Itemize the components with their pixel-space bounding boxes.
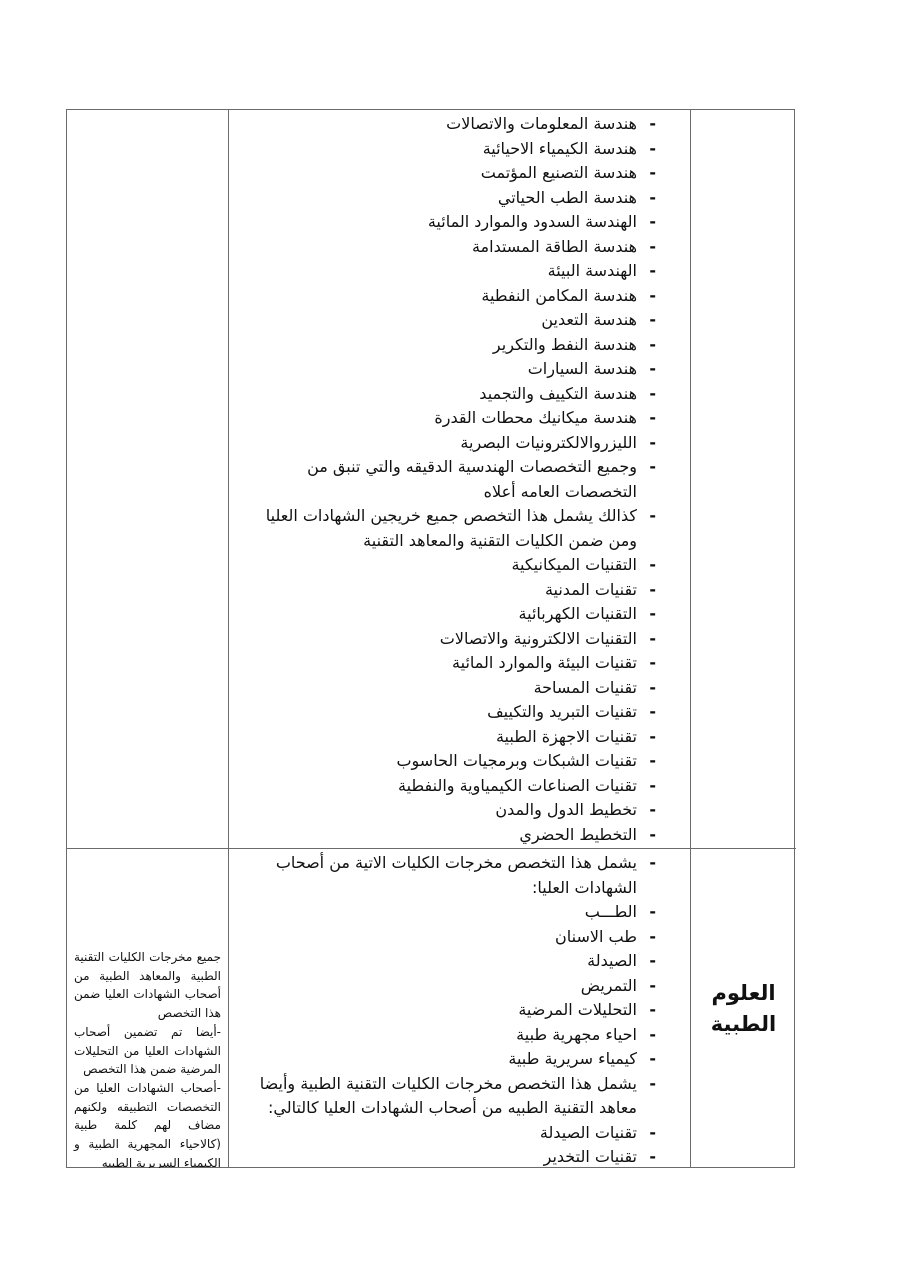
list-item-text: تقنيات المدنية (235, 578, 637, 603)
list-item: -الطـــب (229, 900, 690, 925)
dash-bullet-icon: - (649, 949, 656, 974)
dash-bullet-icon: - (649, 823, 656, 848)
dash-bullet-icon: - (649, 700, 656, 725)
list-item-text: الهندسة البيئة (235, 259, 637, 284)
list-item: -التحليلات المرضية (229, 998, 690, 1023)
list-item: -تقنيات الصناعات الكيمياوية والنفطية (229, 774, 690, 799)
list-item: -تقنيات التخدير (229, 1145, 690, 1168)
list-item-text: هندسة المكامن النفطية (235, 284, 637, 309)
list-item-text: هندسة ميكانيك محطات القدرة (235, 406, 637, 431)
list-item-text: يشمل هذا التخصص مخرجات الكليات الاتية من… (235, 851, 637, 900)
list-item: -الهندسة البيئة (229, 259, 690, 284)
list-item-text: الطـــب (235, 900, 637, 925)
list-item: -التقنيات الميكانيكية (229, 553, 690, 578)
dash-bullet-icon: - (649, 553, 656, 578)
list-item-text: التقنيات الميكانيكية (235, 553, 637, 578)
list-item-text: التخطيط الحضري (235, 823, 637, 848)
list-item-text: التحليلات المرضية (235, 998, 637, 1023)
dash-bullet-icon: - (649, 112, 656, 137)
list-item-text: يشمل هذا التخصص مخرجات الكليات التقنية ا… (235, 1072, 637, 1121)
notes-paragraph: -أيضا تم تضمين أصحاب الشهادات العليا من … (74, 1023, 221, 1079)
category-cell-engineering (691, 110, 796, 849)
category-label-medical-sciences: العلوم الطبية (691, 849, 796, 1168)
dash-bullet-icon: - (649, 998, 656, 1023)
notes-paragraph: جميع مخرجات الكليات التقنية الطبية والمع… (74, 948, 221, 1023)
list-item-text: التقنيات الالكترونية والاتصالات (235, 627, 637, 652)
list-item: -هندسة المعلومات والاتصالات (229, 112, 690, 137)
list-item: -تقنيات البيئة والموارد المائية (229, 651, 690, 676)
dash-bullet-icon: - (649, 235, 656, 260)
dash-bullet-icon: - (649, 284, 656, 309)
dash-bullet-icon: - (649, 974, 656, 999)
list-item-text: الليزروالالكترونيات البصرية (235, 431, 637, 456)
list-item: -هندسة المكامن النفطية (229, 284, 690, 309)
dash-bullet-icon: - (649, 1072, 656, 1097)
list-item-text: الصيدلة (235, 949, 637, 974)
dash-bullet-icon: - (649, 925, 656, 950)
dash-bullet-icon: - (649, 676, 656, 701)
dash-bullet-icon: - (649, 725, 656, 750)
dash-bullet-icon: - (649, 333, 656, 358)
list-item-text: تخطيط الدول والمدن (235, 798, 637, 823)
dash-bullet-icon: - (649, 602, 656, 627)
dash-bullet-icon: - (649, 406, 656, 431)
list-item-text: هندسة التصنيع المؤتمت (235, 161, 637, 186)
list-item: -تقنيات الاجهزة الطبية (229, 725, 690, 750)
list-item-text: تقنيات المساحة (235, 676, 637, 701)
notes-cell-engineering (67, 110, 229, 849)
list-item-text: كيمياء سريرية طبية (235, 1047, 637, 1072)
list-item-text: هندسة السيارات (235, 357, 637, 382)
list-item: -تقنيات الصيدلة (229, 1121, 690, 1146)
list-item: -وجميع التخصصات الهندسية الدقيقه والتي ت… (229, 455, 690, 504)
list-item-text: التمريض (235, 974, 637, 999)
dash-bullet-icon: - (649, 161, 656, 186)
list-item: -تقنيات التبريد والتكييف (229, 700, 690, 725)
list-item-text: هندسة الكيمياء الاحيائية (235, 137, 637, 162)
engineering-items-list: -هندسة المعلومات والاتصالات-هندسة الكيمي… (229, 110, 691, 849)
list-item-text: تقنيات الاجهزة الطبية (235, 725, 637, 750)
list-item-text: هندسة النفط والتكرير (235, 333, 637, 358)
dash-bullet-icon: - (649, 308, 656, 333)
list-item: -هندسة التعدين (229, 308, 690, 333)
list-item: -تقنيات المساحة (229, 676, 690, 701)
dash-bullet-icon: - (649, 627, 656, 652)
list-item-text: تقنيات التبريد والتكييف (235, 700, 637, 725)
list-item: -كذالك يشمل هذا التخصص جميع خريجين الشها… (229, 504, 690, 553)
list-item-text: احياء مجهرية طبية (235, 1023, 637, 1048)
specializations-table: -هندسة المعلومات والاتصالات-هندسة الكيمي… (66, 109, 795, 1168)
dash-bullet-icon: - (649, 1145, 656, 1168)
list-item-text: الهندسة السدود والموارد المائية (235, 210, 637, 235)
dash-bullet-icon: - (649, 1121, 656, 1146)
dash-bullet-icon: - (649, 357, 656, 382)
dash-bullet-icon: - (649, 186, 656, 211)
list-item-text: تقنيات التخدير (235, 1145, 637, 1168)
notes-paragraph: -أصحاب الشهادات العليا من التخصصات التطب… (74, 1079, 221, 1168)
notes-cell-medical: جميع مخرجات الكليات التقنية الطبية والمع… (67, 849, 229, 1168)
list-item-text: هندسة التعدين (235, 308, 637, 333)
dash-bullet-icon: - (649, 504, 656, 529)
list-item: -هندسة الطب الحياتي (229, 186, 690, 211)
list-item: -هندسة الطاقة المستدامة (229, 235, 690, 260)
list-item-text: هندسة المعلومات والاتصالات (235, 112, 637, 137)
dash-bullet-icon: - (649, 798, 656, 823)
list-item: -التقنيات الالكترونية والاتصالات (229, 627, 690, 652)
list-item-text: تقنيات الصناعات الكيمياوية والنفطية (235, 774, 637, 799)
list-item-text: وجميع التخصصات الهندسية الدقيقه والتي تن… (235, 455, 637, 504)
list-item: -التقنيات الكهربائية (229, 602, 690, 627)
list-item-text: التقنيات الكهربائية (235, 602, 637, 627)
dash-bullet-icon: - (649, 210, 656, 235)
dash-bullet-icon: - (649, 578, 656, 603)
dash-bullet-icon: - (649, 455, 656, 480)
list-item: -هندسة ميكانيك محطات القدرة (229, 406, 690, 431)
list-item-text: طب الاسنان (235, 925, 637, 950)
list-item-text: هندسة الطب الحياتي (235, 186, 637, 211)
document-page: -هندسة المعلومات والاتصالات-هندسة الكيمي… (0, 0, 905, 1280)
list-item-text: تقنيات الشبكات وبرمجيات الحاسوب (235, 749, 637, 774)
dash-bullet-icon: - (649, 900, 656, 925)
list-item: -هندسة الكيمياء الاحيائية (229, 137, 690, 162)
list-item-text: كذالك يشمل هذا التخصص جميع خريجين الشهاد… (235, 504, 637, 553)
list-item: -هندسة السيارات (229, 357, 690, 382)
list-item: -الصيدلة (229, 949, 690, 974)
dash-bullet-icon: - (649, 137, 656, 162)
list-item-text: تقنيات البيئة والموارد المائية (235, 651, 637, 676)
dash-bullet-icon: - (649, 774, 656, 799)
list-item-text: هندسة الطاقة المستدامة (235, 235, 637, 260)
list-item: -هندسة التصنيع المؤتمت (229, 161, 690, 186)
list-item: -التخطيط الحضري (229, 823, 690, 848)
list-item: -كيمياء سريرية طبية (229, 1047, 690, 1072)
dash-bullet-icon: - (649, 851, 656, 876)
list-item: -هندسة التكييف والتجميد (229, 382, 690, 407)
dash-bullet-icon: - (649, 749, 656, 774)
medical-items-list: -يشمل هذا التخصص مخرجات الكليات الاتية م… (229, 849, 691, 1168)
list-item: -طب الاسنان (229, 925, 690, 950)
list-item: -تقنيات الشبكات وبرمجيات الحاسوب (229, 749, 690, 774)
list-item: -يشمل هذا التخصص مخرجات الكليات الاتية م… (229, 851, 690, 900)
list-item: -احياء مجهرية طبية (229, 1023, 690, 1048)
dash-bullet-icon: - (649, 382, 656, 407)
dash-bullet-icon: - (649, 651, 656, 676)
dash-bullet-icon: - (649, 1047, 656, 1072)
list-item: -الهندسة السدود والموارد المائية (229, 210, 690, 235)
dash-bullet-icon: - (649, 431, 656, 456)
list-item: -يشمل هذا التخصص مخرجات الكليات التقنية … (229, 1072, 690, 1121)
list-item: -تخطيط الدول والمدن (229, 798, 690, 823)
dash-bullet-icon: - (649, 1023, 656, 1048)
list-item: -الليزروالالكترونيات البصرية (229, 431, 690, 456)
list-item-text: هندسة التكييف والتجميد (235, 382, 637, 407)
list-item: -هندسة النفط والتكرير (229, 333, 690, 358)
dash-bullet-icon: - (649, 259, 656, 284)
list-item-text: تقنيات الصيدلة (235, 1121, 637, 1146)
list-item: -تقنيات المدنية (229, 578, 690, 603)
list-item: -التمريض (229, 974, 690, 999)
